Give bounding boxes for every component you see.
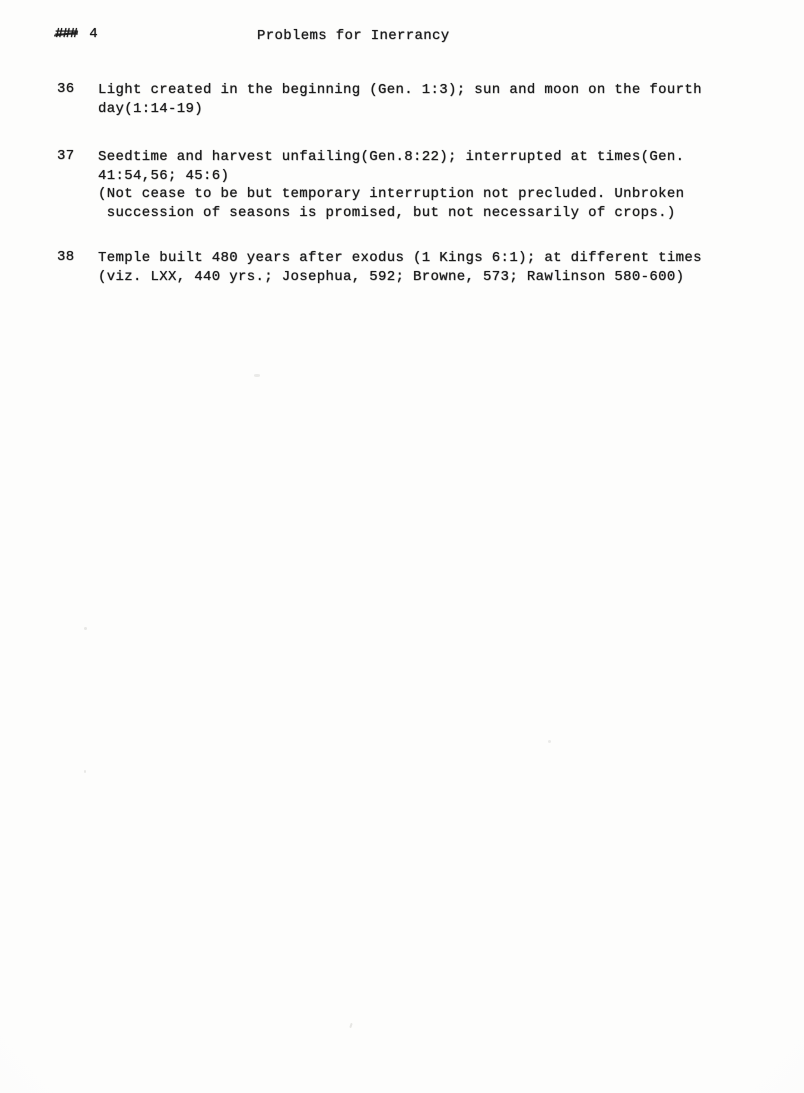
- item-number: 36: [57, 81, 75, 97]
- text-line: Light created in the beginning (Gen. 1:3…: [98, 81, 738, 100]
- list-item-38: 38 Temple built 480 years after exodus (…: [0, 249, 804, 286]
- text-line: 41:54,56; 45:6): [98, 167, 738, 186]
- text-line: (Not cease to be but temporary interrupt…: [98, 185, 738, 204]
- scan-speck: [254, 374, 260, 377]
- text-line: Temple built 480 years after exodus (1 K…: [98, 249, 738, 268]
- page-header: ###4 Problems for Inerrancy: [0, 26, 804, 46]
- scan-speck: [84, 627, 87, 630]
- item-number: 37: [57, 148, 75, 164]
- item-number: 38: [57, 249, 75, 265]
- text-line: (viz. LXX, 440 yrs.; Josephua, 592; Brow…: [98, 268, 738, 287]
- scan-speck: [349, 1023, 352, 1028]
- document-page: ###4 Problems for Inerrancy 36 Light cre…: [0, 0, 804, 1093]
- struck-page-marks: ###: [55, 26, 77, 42]
- list-item-36: 36 Light created in the beginning (Gen. …: [0, 81, 804, 118]
- list-item-37: 37 Seedtime and harvest unfailing(Gen.8:…: [0, 148, 804, 222]
- page-title: Problems for Inerrancy: [257, 28, 450, 44]
- scan-speck: [84, 770, 86, 773]
- item-text: Seedtime and harvest unfailing(Gen.8:22)…: [98, 148, 738, 222]
- page-number-group: ###4: [55, 26, 98, 42]
- item-text: Light created in the beginning (Gen. 1:3…: [98, 81, 738, 118]
- page-number: 4: [89, 26, 98, 42]
- text-line: day(1:14-19): [98, 100, 738, 119]
- text-line: Seedtime and harvest unfailing(Gen.8:22)…: [98, 148, 738, 167]
- item-text: Temple built 480 years after exodus (1 K…: [98, 249, 738, 286]
- text-line: succession of seasons is promised, but n…: [98, 204, 738, 223]
- scan-speck: [548, 740, 551, 743]
